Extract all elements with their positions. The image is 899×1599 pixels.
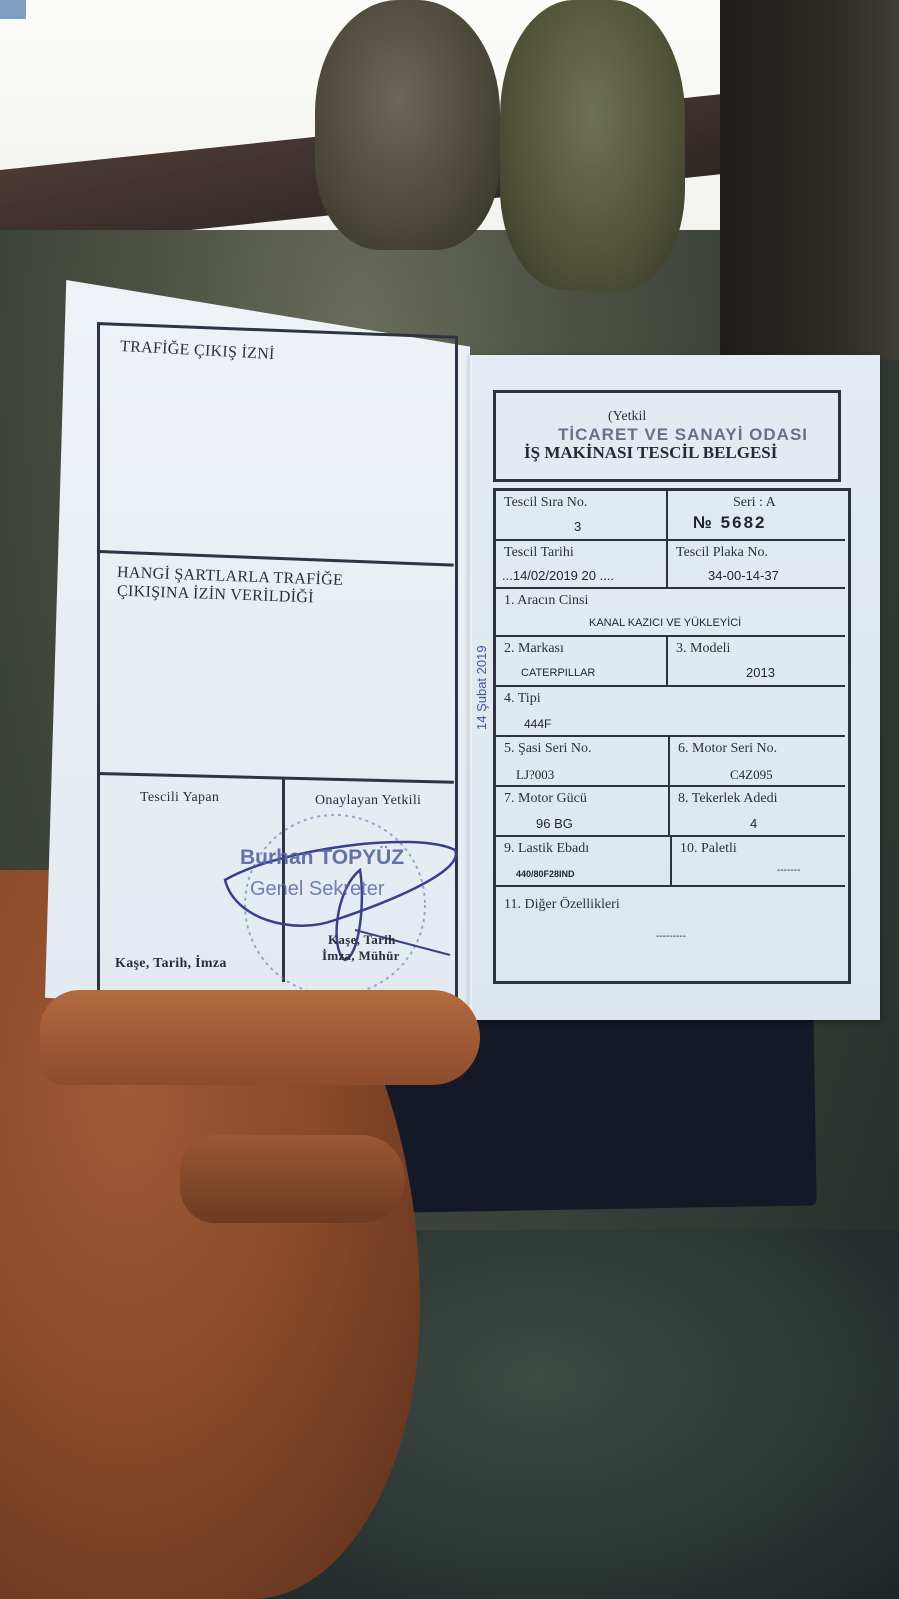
- date-stamp: 14 Şubat 2019: [474, 645, 489, 730]
- thumb: [40, 990, 480, 1085]
- field-engine-power: 7. Motor Gücü 96 BG: [496, 787, 670, 837]
- approved-by-label: Onaylayan Yetkili: [315, 793, 421, 809]
- stamp-name: Burhan TOPYÜZ: [240, 846, 404, 870]
- field-type: 4. Tipi 444F: [496, 687, 845, 737]
- right-signature-footer-2: İmza, Mühür: [322, 948, 400, 964]
- field-plate-number: Tescil Plaka No. 34-00-14-37: [668, 541, 845, 589]
- registered-by-label: Tescili Yapan: [140, 790, 219, 806]
- left-boot: [315, 0, 500, 250]
- certificate-header: (Yetkil TİCARET VE SANAYİ ODASI İŞ MAKİN…: [493, 390, 841, 482]
- field-brand: 2. Markası CATERPILLAR: [496, 637, 668, 687]
- field-registration-order: Tescil Sıra No. 3: [496, 491, 668, 541]
- field-model: 3. Modeli 2013: [668, 637, 845, 687]
- field-registration-date: Tescil Tarihi ...14/02/2019 20 ....: [496, 541, 668, 589]
- chamber-stamp: TİCARET VE SANAYİ ODASI: [558, 425, 808, 445]
- field-chassis-serial: 5. Şasi Seri No. LJ?003: [496, 737, 670, 787]
- page-fold: [468, 355, 472, 1020]
- stamp-title: Genel Sekreter: [250, 878, 385, 901]
- field-vehicle-type: 1. Aracın Cinsi KANAL KAZICI VE YÜKLEYİC…: [496, 589, 845, 637]
- field-tracked: 10. Paletli -------: [672, 837, 845, 887]
- left-signature-footer: Kaşe, Tarih, İmza: [115, 956, 227, 972]
- finger: [180, 1135, 405, 1223]
- official-stamp: [215, 810, 465, 1010]
- field-wheel-count: 8. Tekerlek Adedi 4: [670, 787, 845, 837]
- field-engine-serial: 6. Motor Seri No. C4Z095: [670, 737, 845, 787]
- certificate-title: İŞ MAKİNASI TESCİL BELGESİ: [524, 443, 777, 463]
- header-line1: (Yetkil: [608, 409, 646, 425]
- right-boot: [500, 0, 685, 290]
- field-other-features: 11. Diğer Özellikleri ---------: [496, 887, 845, 978]
- field-tire-size: 9. Lastik Ebadı 440/80F28IND: [496, 837, 672, 887]
- corner-overlay: [0, 0, 26, 19]
- field-series: Seri : A № 5682: [668, 491, 845, 541]
- registration-certificate: TRAFİĞE ÇIKIŞ İZNİ HANGİ ŞARTLARLA TRAFİ…: [45, 280, 880, 1020]
- right-signature-footer-1: Kaşe, Tarih: [328, 932, 396, 948]
